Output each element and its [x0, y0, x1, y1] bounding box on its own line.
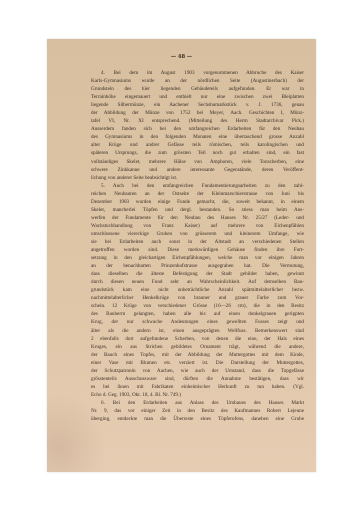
text-line: werfen der Fundamente für den Neubau des… — [91, 214, 304, 222]
text-line: der Schutzpatronin von Aachen, wie auch … — [91, 367, 304, 375]
text-line: späteren Ursprungs, die zum grössten Tei… — [91, 149, 304, 157]
text-line: des Gymnasiums in den folgenden Monaten … — [91, 133, 304, 141]
text-line: schein. 12 Krüge von verschiedener Gröss… — [91, 302, 304, 310]
text-line: Grundstein des hier liegenden Gebäudetei… — [91, 85, 304, 93]
text-line: setzung in den gleichartigen Eichenpfähl… — [91, 254, 304, 262]
text-line: des Bauherrn gelangten, haben alle bis a… — [91, 310, 304, 318]
text-line: 4. Bei dem im August 1903 vorgenommenen … — [91, 69, 304, 77]
text-line: es bei ihnen mit Fabrikaten einheimische… — [91, 383, 304, 391]
text-line: der Abbildung der Münze von 1752 bei Mey… — [91, 109, 304, 117]
text-line: Wachstuchhandlung von Franz Kaiser) auf … — [91, 222, 304, 230]
text-line: Dezember 1903 wurden einige Funde gemach… — [91, 198, 304, 206]
text-line: überging, entdeckte man die Überreste ei… — [91, 415, 304, 423]
text-line: reichen Neubauten an der Ostseite der Kl… — [91, 190, 304, 198]
text-line: schwere Zinkkanne und andere interessant… — [91, 166, 304, 174]
text-line: Echo d. Geg. 1903, Okt. 18, 4. Bl. Nr. 7… — [91, 391, 304, 399]
text-line: nachmittelalterlicher Henkelkrüge von br… — [91, 294, 304, 302]
text-line: grösstenteils Ausschussware sind, dürfte… — [91, 375, 304, 383]
text-line: der Bauch eines Topfes, mit der Abbildun… — [91, 351, 304, 359]
paragraph-5: 5. Auch bei den umfangreichen Fundamenti… — [91, 182, 304, 399]
paragraph-4: 4. Bei dem im August 1903 vorgenommenen … — [91, 69, 304, 182]
text-line: durch diesen neuen Fund sehr an Wahrsche… — [91, 278, 304, 286]
text-line: umschlossene viereckige Gruben von gröss… — [91, 230, 304, 238]
text-line: tafel VI, Nr. XI entsprechend. (Mitteilu… — [91, 117, 304, 125]
scanned-page: — 48 — 4. Bei dem im August 1903 vorgeno… — [47, 39, 316, 472]
text-line: grundstück kam eine nicht unbeträchtlich… — [91, 286, 304, 294]
text-line: Skelet, mancherlei Töpfen und dergl. bes… — [91, 206, 304, 214]
text-line: sie bei Erdarbeiten auch sonst in der Al… — [91, 238, 304, 246]
text-line: Karls-Gymnasiums wurde an der nördlichen… — [91, 77, 304, 85]
page-number: — 48 — — [47, 54, 316, 60]
text-line: liegende Silbermünze, ein Aachener Sechs… — [91, 101, 304, 109]
text-line: Krug, der nur schwache Andeutungen eines… — [91, 318, 304, 326]
text-line: vollständiges Skelet, mehrere Hälse von … — [91, 158, 304, 166]
text-line: einer Vase mit Blumen etc. verziert ist.… — [91, 359, 304, 367]
text-line: lichung von anderer Seite beabsichtigt i… — [91, 174, 304, 182]
text-line: Terrainhöhe eingemauert und enthielt nur… — [91, 93, 304, 101]
text-line: Kruges, ein aus Strichen gebildetes Orna… — [91, 343, 304, 351]
text-line: 2 ebenfalls dort aufgefundene Scherben, … — [91, 335, 304, 343]
text-line: Ausserdem fanden sich bei den umfangreic… — [91, 125, 304, 133]
body-text: 4. Bei dem im August 1903 vorgenommenen … — [91, 69, 304, 423]
text-line: älter als die andern ist, einen ausgeprä… — [91, 327, 304, 335]
text-line: an der benachbarten Prinzenhofstrasse au… — [91, 262, 304, 270]
text-line: alter Krüge und andrer Gefässe teils röm… — [91, 141, 304, 149]
text-line: angetroffen worden sind. Diese merkwürdi… — [91, 246, 304, 254]
paragraph-6: 6. Bei den Erdarbeiten aus Anlass des Um… — [91, 399, 304, 423]
text-line: dass dieselben die älteste Befestigung d… — [91, 270, 304, 278]
text-line: 5. Auch bei den umfangreichen Fundamenti… — [91, 182, 304, 190]
text-line: 6. Bei den Erdarbeiten aus Anlass des Um… — [91, 399, 304, 407]
text-line: Nr. 9, das vor einiger Zeit in den Besit… — [91, 407, 304, 415]
